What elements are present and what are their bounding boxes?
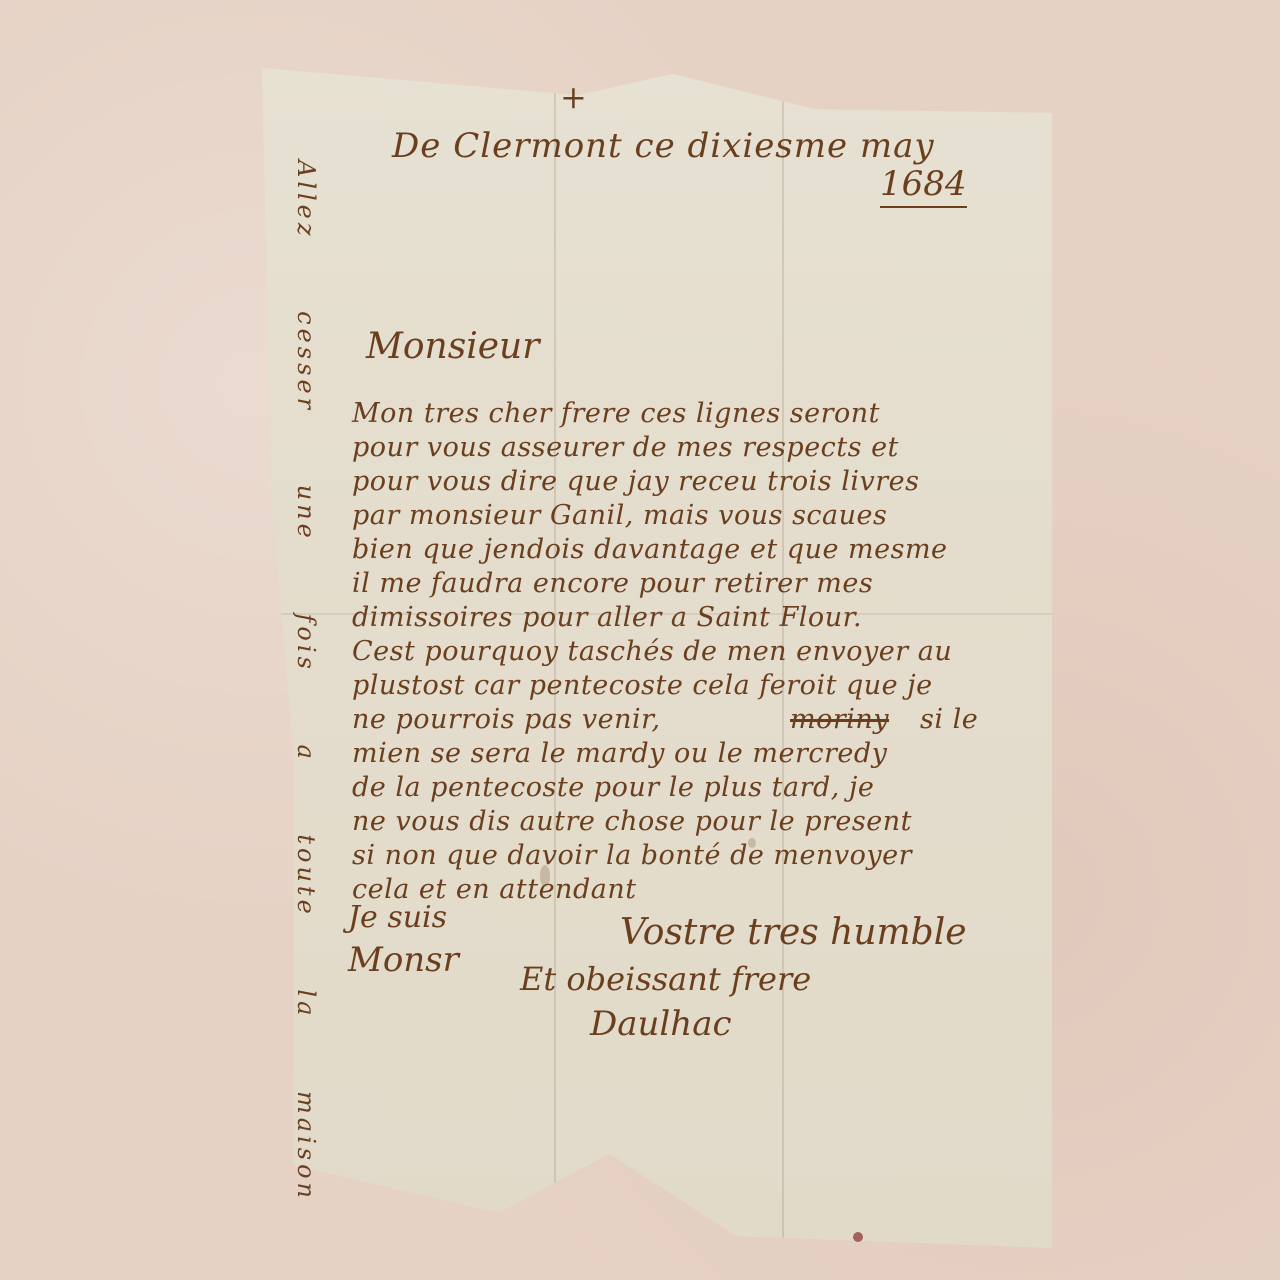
body-line: mien se sera le mardy ou le mercredy (352, 738, 887, 769)
signature: Daulhac (590, 1004, 732, 1044)
body-line: pour vous dire que jay receu trois livre… (352, 466, 920, 497)
body-line: ne vous dis autre chose pour le present (352, 806, 912, 837)
body-line: plustost car pentecoste cela feroit que … (352, 670, 933, 701)
body-line: Cest pourquoy taschés de men envoyer au (352, 636, 952, 667)
body-line: pour vous asseurer de mes respects et (352, 432, 899, 463)
cross-mark: + (560, 78, 587, 116)
body-line: de la pentecoste pour le plus tard, je (352, 772, 874, 803)
closing-je-suis: Je suis (348, 900, 447, 935)
body-line: dimissoires pour aller a Saint Flour. (352, 602, 862, 633)
struck-word: moriny (790, 704, 889, 735)
body-line: il me faudra encore pour retirer mes (352, 568, 873, 599)
body-line: Mon tres cher frere ces lignes seront (352, 398, 880, 429)
body-line: si le (920, 704, 978, 735)
body-line: si non que davoir la bonté de menvoyer (352, 840, 912, 871)
margin-note: Allez cesser une fois a toute la maison (292, 160, 320, 1202)
salutation: Monsieur (366, 326, 539, 367)
body-line: bien que jendois davantage et que mesme (352, 534, 948, 565)
closing-monsieur: Monsr (348, 940, 459, 980)
signoff-line-1: Vostre tres humble (620, 912, 967, 953)
body-line: par monsieur Ganil, mais vous scaues (352, 500, 887, 531)
body-line: ne pourrois pas venir, (352, 704, 661, 735)
year: 1684 (880, 164, 967, 208)
place-date: De Clermont ce dixiesme may (392, 126, 935, 166)
seal-remnant (853, 1232, 863, 1242)
signoff-line-2: Et obeissant frere (520, 960, 811, 998)
